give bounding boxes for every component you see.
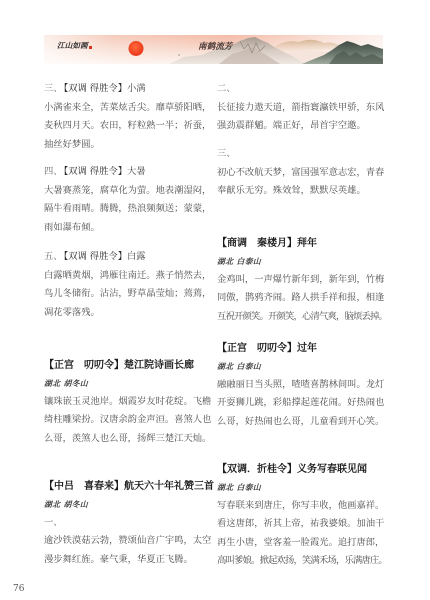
poem-heading: 【中吕 喜春来】航天六十年礼赞三首: [44, 478, 220, 496]
poem-line: 白露晒黄烟，鸿雁往南迁。燕子悄然去，: [44, 267, 220, 286]
header-banner: 江山如画 南鹤流芳: [44, 35, 383, 64]
poem-line: 高叫爹娘。掀起欢扬，笑满禾场，乐满唐庄。: [217, 552, 393, 571]
poem-chunlian: 【双调．折桂令】义务写春联见闻 湖北 白泰山 写春联来到唐庄，你写丰收，他画嘉祥…: [217, 461, 393, 571]
poem-line: 麦秋四月天。农田，籽粒熟一半；祈蚕，: [44, 117, 220, 136]
poem-line: 金鸡叫，一声爆竹新年到，新年到，竹梅: [217, 271, 393, 290]
poem-author: 湖北 胡冬山: [44, 496, 220, 514]
banner-left-title: 江山如画: [57, 41, 88, 51]
poem-line: 凋花零落残。: [44, 304, 220, 323]
poem-author: 湖北 白泰山: [217, 358, 393, 376]
poem-author: 湖北 白泰山: [217, 479, 393, 497]
poem-heading: 【双调．折桂令】义务写春联见闻: [217, 461, 393, 479]
poem-line: 隔牛看雨晴。腾腾，热浪频频送；蒙蒙，: [44, 200, 220, 219]
poem-heading: 【正宫 叨叨令】过年: [217, 340, 393, 358]
poem-line: 写春联来到唐庄，你写丰收，他画嘉祥。: [217, 497, 393, 516]
tune-name: 【双调 得胜令】: [64, 83, 127, 94]
poem-line: 大暑赛蒸笼，腐草化为萤。地表潮湿闷，: [44, 182, 220, 201]
poem-title: 白露: [127, 251, 146, 262]
poem-line: 开耍狮儿跳，彩船撑起莲花闹。好热闹也: [217, 394, 393, 413]
poem-hangtian-part-3: 三、 初心不改航天梦，富国强军意志宏，青春 奉献乐无穷。殊效耸，默默尽英雄。: [217, 145, 393, 201]
poem-line: 看这唐郎，祈其上帝，祐我婆娘。加油干: [217, 515, 393, 534]
poem-heading: 【正宫 叨叨令】楚江院诗画长廊: [44, 357, 220, 375]
poem-line: 抽丝好梦圆。: [44, 136, 220, 155]
section-heading: 三、【双调 得胜令】小满: [44, 80, 220, 99]
poem-section-xiaoman: 三、【双调 得胜令】小满 小满雀来全，苦菜炫舌尖。靡草骄阳晒， 麦秋四月天。农田…: [44, 80, 220, 154]
poem-title: 大暑: [127, 166, 146, 177]
poem-line: 绮柱雕梁扮。汉唐余韵金声洹。喜煞人也: [44, 411, 220, 430]
poem-line: 小满雀来全，苦菜炫舌尖。靡草骄阳晒，: [44, 99, 220, 118]
tune-name: 【双调 得胜令】: [64, 166, 127, 177]
poem-line: 鸟儿冬储衔。沾沾，野草晶莹灿；蔫蔫，: [44, 285, 220, 304]
banner-center-title: 南鹤流芳: [198, 42, 232, 53]
poem-hangtian-part-2: 二、 长征接力遨天道，箭指寰瀛铁甲骄，东风 强劲震群魈。端正好，昂首宇空邀。: [217, 80, 393, 136]
poem-line: 么哥，好热闹也么哥，儿童看到开心笑。: [217, 413, 393, 432]
poem-subheading: 二、: [217, 80, 393, 99]
poem-author: 湖北 胡冬山: [44, 375, 220, 393]
section-heading: 五、【双调 得胜令】白露: [44, 248, 220, 267]
poem-line: 奉献乐无穷。殊效耸，默默尽英雄。: [217, 182, 393, 201]
poem-line: 么哥，羡煞人也么哥，扬辉三楚江天灿。: [44, 430, 220, 449]
poem-subheading: 三、: [217, 145, 393, 164]
poem-line: 互祝开颜笑。开颜笑，心清气爽，脑烦丢掉。: [217, 308, 393, 327]
poem-line: 强劲震群魈。端正好，昂首宇空邀。: [217, 117, 393, 136]
poem-line: 同傲，鹊鸦齐闹。路人拱手祥和报，相逢: [217, 289, 393, 308]
poem-line: 镶珠嵌玉灵池岸。烟霞岁友时花绽。飞檐: [44, 393, 220, 412]
poem-line: 再生小唐，堂客羞一脸霞光。追打唐郎，: [217, 534, 393, 553]
poem-line: 融融丽日当头照，喳喳喜鹊林间叫。龙灯: [217, 376, 393, 395]
poem-chujiangyuan: 【正宫 叨叨令】楚江院诗画长廊 湖北 胡冬山 镶珠嵌玉灵池岸。烟霞岁友时花绽。飞…: [44, 357, 220, 448]
poem-subheading: 一、: [44, 514, 220, 533]
poem-line: 长征接力遨天道，箭指寰瀛铁甲骄，东风: [217, 99, 393, 118]
poem-bainian: 【商调 秦楼月】拜年 湖北 白泰山 金鸡叫，一声爆竹新年到，新年到，竹梅 同傲，…: [217, 235, 393, 326]
poem-hangtian: 【中吕 喜春来】航天六十年礼赞三首 湖北 胡冬山 一、 逾沙铁漠菇云勃，赞颂仙音…: [44, 478, 220, 569]
poem-line: 初心不改航天梦，富国强军意志宏，青春: [217, 164, 393, 183]
sun-icon: [129, 41, 144, 56]
page-number: 76: [13, 583, 24, 595]
poem-heading: 【商调 秦楼月】拜年: [217, 235, 393, 253]
seal-icon: [89, 46, 92, 49]
section-number: 五、: [44, 251, 63, 262]
poem-section-bailu: 五、【双调 得胜令】白露 白露晒黄烟，鸿雁往南迁。燕子悄然去， 鸟儿冬储衔。沾沾…: [44, 248, 220, 322]
poem-title: 小满: [127, 83, 146, 94]
poem-line: 逾沙铁漠菇云勃，赞颂仙音广宇鸣，太空: [44, 532, 220, 551]
poem-author: 湖北 白泰山: [217, 253, 393, 271]
poem-line: 漫步舞红旌。豪气秉，华夏正飞腾。: [44, 551, 220, 570]
poem-guonian: 【正宫 叨叨令】过年 湖北 白泰山 融融丽日当头照，喳喳喜鹊林间叫。龙灯 开耍狮…: [217, 340, 393, 431]
section-number: 四、: [44, 166, 63, 177]
poem-section-dashu: 四、【双调 得胜令】大暑 大暑赛蒸笼，腐草化为萤。地表潮湿闷， 隔牛看雨晴。腾腾…: [44, 163, 220, 237]
section-number: 三、: [44, 83, 63, 94]
poem-line: 雨如瀑布倾。: [44, 219, 220, 238]
tune-name: 【双调 得胜令】: [64, 251, 127, 262]
section-heading: 四、【双调 得胜令】大暑: [44, 163, 220, 182]
